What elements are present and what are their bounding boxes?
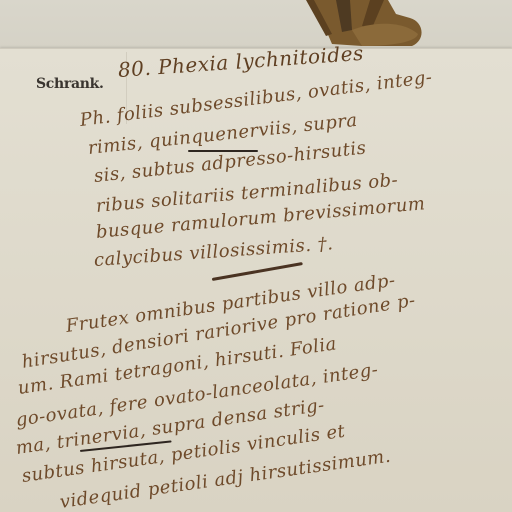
- collector-stamp: Schrank.: [36, 76, 104, 92]
- strikethrough-mark: [188, 150, 258, 152]
- mounting-sheet: [0, 0, 512, 50]
